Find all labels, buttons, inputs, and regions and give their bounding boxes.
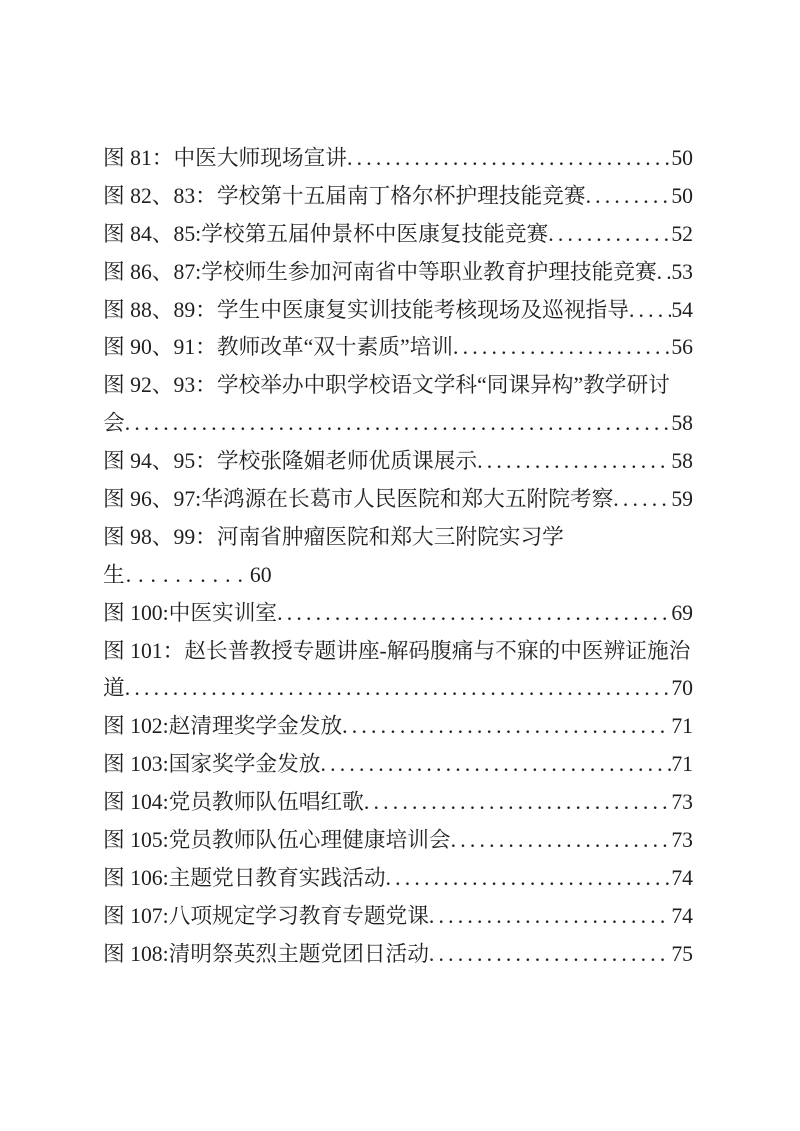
toc-page-number: 74 [671,860,693,898]
dot-leader: ........................................… [586,178,672,216]
toc-page-number: 52 [671,216,693,254]
toc-entry-label: 图 100:中医实训室 [103,595,277,633]
toc-entry[interactable]: 图 101：赵长普教授专题讲座-解码腹痛与不寐的中医辨证施治 [103,633,693,671]
toc-entry-label: 图 104:党员教师队伍唱红歌 [103,784,364,822]
toc-entry[interactable]: 图 84、85:学校第五届仲景杯中医康复技能竞赛 ...............… [103,216,693,254]
toc-entry[interactable]: 图 86、87:学校师生参加河南省中等职业教育护理技能竞赛 ..........… [103,254,693,292]
toc-entry[interactable]: 生 .......... 60 [103,557,693,595]
toc-entry-label: 图 90、91：教师改革“双十素质”培训 [103,329,453,367]
toc-page-number: 54 [671,292,693,330]
toc-page-number: 60 [250,557,272,595]
toc-entry-label: 图 101：赵长普教授专题讲座-解码腹痛与不寐的中医辨证施治 [103,633,690,671]
dot-leader: .......... [125,557,250,595]
dot-leader: ........................................… [125,405,672,443]
dot-leader: ........................................… [613,481,671,519]
toc-entry[interactable]: 图 88、89：学生中医康复实训技能考核现场及巡视指导 ............… [103,292,693,330]
dot-leader: ........................................… [477,443,671,481]
toc-entry[interactable]: 图 98、99：河南省肿瘤医院和郑大三附院实习学 [103,519,693,557]
toc-entry-label: 图 106:主题党日教育实践活动 [103,860,386,898]
toc-entry[interactable]: 图 96、97:华鸿源在长葛市人民医院和郑大五附院考察 ............… [103,481,693,519]
toc-entry[interactable]: 道 ......................................… [103,670,693,708]
toc-entry[interactable]: 图 92、93：学校举办中职学校语文学科“同课异构”教学研讨 [103,367,693,405]
dot-leader: ........................................… [657,254,672,292]
toc-entry-label: 图 107:八项规定学习教育专题党课 [103,898,429,936]
toc-page-number: 73 [671,784,693,822]
dot-leader: ........................................… [320,746,671,784]
dot-leader: ........................................… [453,329,671,367]
toc-entry-label: 图 102:赵清理奖学金发放 [103,708,342,746]
toc-entry-label: 图 84、85:学校第五届仲景杯中医康复技能竞赛 [103,216,548,254]
document-page: 图 81：中医大师现场宣讲 ..........................… [0,0,800,1131]
dot-leader: ........................................… [364,784,671,822]
toc-page-number: 50 [671,140,693,178]
toc-entry[interactable]: 图 100:中医实训室 ............................… [103,595,693,633]
dot-leader: ........................................… [548,216,671,254]
toc-page-number: 70 [671,670,693,708]
toc-page-number: 59 [671,481,693,519]
toc-entry[interactable]: 会 ......................................… [103,405,693,443]
toc-page-number: 71 [671,746,693,784]
dot-leader: ........................................… [629,292,671,330]
toc-entry-label: 图 96、97:华鸿源在长葛市人民医院和郑大五附院考察 [103,481,613,519]
toc-entry[interactable]: 图 108:清明祭英烈主题党团日活动 .....................… [103,936,693,974]
dot-leader: ........................................… [429,898,671,936]
toc-entry-label: 会 [103,405,125,443]
toc-page-number: 58 [671,405,693,443]
toc-entry[interactable]: 图 107:八项规定学习教育专题党课 .....................… [103,898,693,936]
toc-entry[interactable]: 图 81：中医大师现场宣讲 ..........................… [103,140,693,178]
toc-page-number: 53 [671,254,693,292]
toc-entry-label: 图 92、93：学校举办中职学校语文学科“同课异构”教学研讨 [103,367,670,405]
toc-entry[interactable]: 图 104:党员教师队伍唱红歌 ........................… [103,784,693,822]
toc-entry-label: 生 [103,557,125,595]
toc-entry[interactable]: 图 106:主题党日教育实践活动 .......................… [103,860,693,898]
toc-entry-label: 图 105:党员教师队伍心理健康培训会 [103,822,451,860]
toc-entry[interactable]: 图 103:国家奖学金发放 ..........................… [103,746,693,784]
dot-leader: ........................................… [125,670,672,708]
toc-entry-label: 图 81：中医大师现场宣讲 [103,140,347,178]
dot-leader: ........................................… [342,708,671,746]
toc-entry[interactable]: 图 102:赵清理奖学金发放 .........................… [103,708,693,746]
toc-page-number: 74 [671,898,693,936]
toc-page-number: 50 [671,178,693,216]
toc-page-number: 58 [671,443,693,481]
toc-entry-label: 图 108:清明祭英烈主题党团日活动 [103,936,429,974]
toc-entry[interactable]: 图 82、83：学校第十五届南丁格尔杯护理技能竞赛 ..............… [103,178,693,216]
toc-entry-label: 图 98、99：河南省肿瘤医院和郑大三附院实习学 [103,519,564,557]
toc-entry[interactable]: 图 90、91：教师改革“双十素质”培训 ...................… [103,329,693,367]
toc-entry-label: 图 94、95：学校张隆媚老师优质课展示 [103,443,477,481]
dot-leader: ........................................… [347,140,671,178]
toc-page-number: 75 [671,936,693,974]
toc-page-number: 56 [671,329,693,367]
figure-toc-list: 图 81：中医大师现场宣讲 ..........................… [103,140,693,974]
toc-page-number: 71 [671,708,693,746]
toc-entry-label: 图 88、89：学生中医康复实训技能考核现场及巡视指导 [103,292,629,330]
toc-page-number: 69 [671,595,693,633]
toc-entry[interactable]: 图 105:党员教师队伍心理健康培训会 ....................… [103,822,693,860]
dot-leader: ........................................… [429,936,671,974]
toc-entry-label: 图 82、83：学校第十五届南丁格尔杯护理技能竞赛 [103,178,586,216]
toc-entry-label: 道 [103,670,125,708]
toc-entry-label: 图 103:国家奖学金发放 [103,746,320,784]
toc-entry[interactable]: 图 94、95：学校张隆媚老师优质课展示 ...................… [103,443,693,481]
dot-leader: ........................................… [386,860,672,898]
toc-page-number: 73 [671,822,693,860]
dot-leader: ........................................… [451,822,672,860]
toc-entry-label: 图 86、87:学校师生参加河南省中等职业教育护理技能竞赛 [103,254,657,292]
dot-leader: ........................................… [277,595,671,633]
